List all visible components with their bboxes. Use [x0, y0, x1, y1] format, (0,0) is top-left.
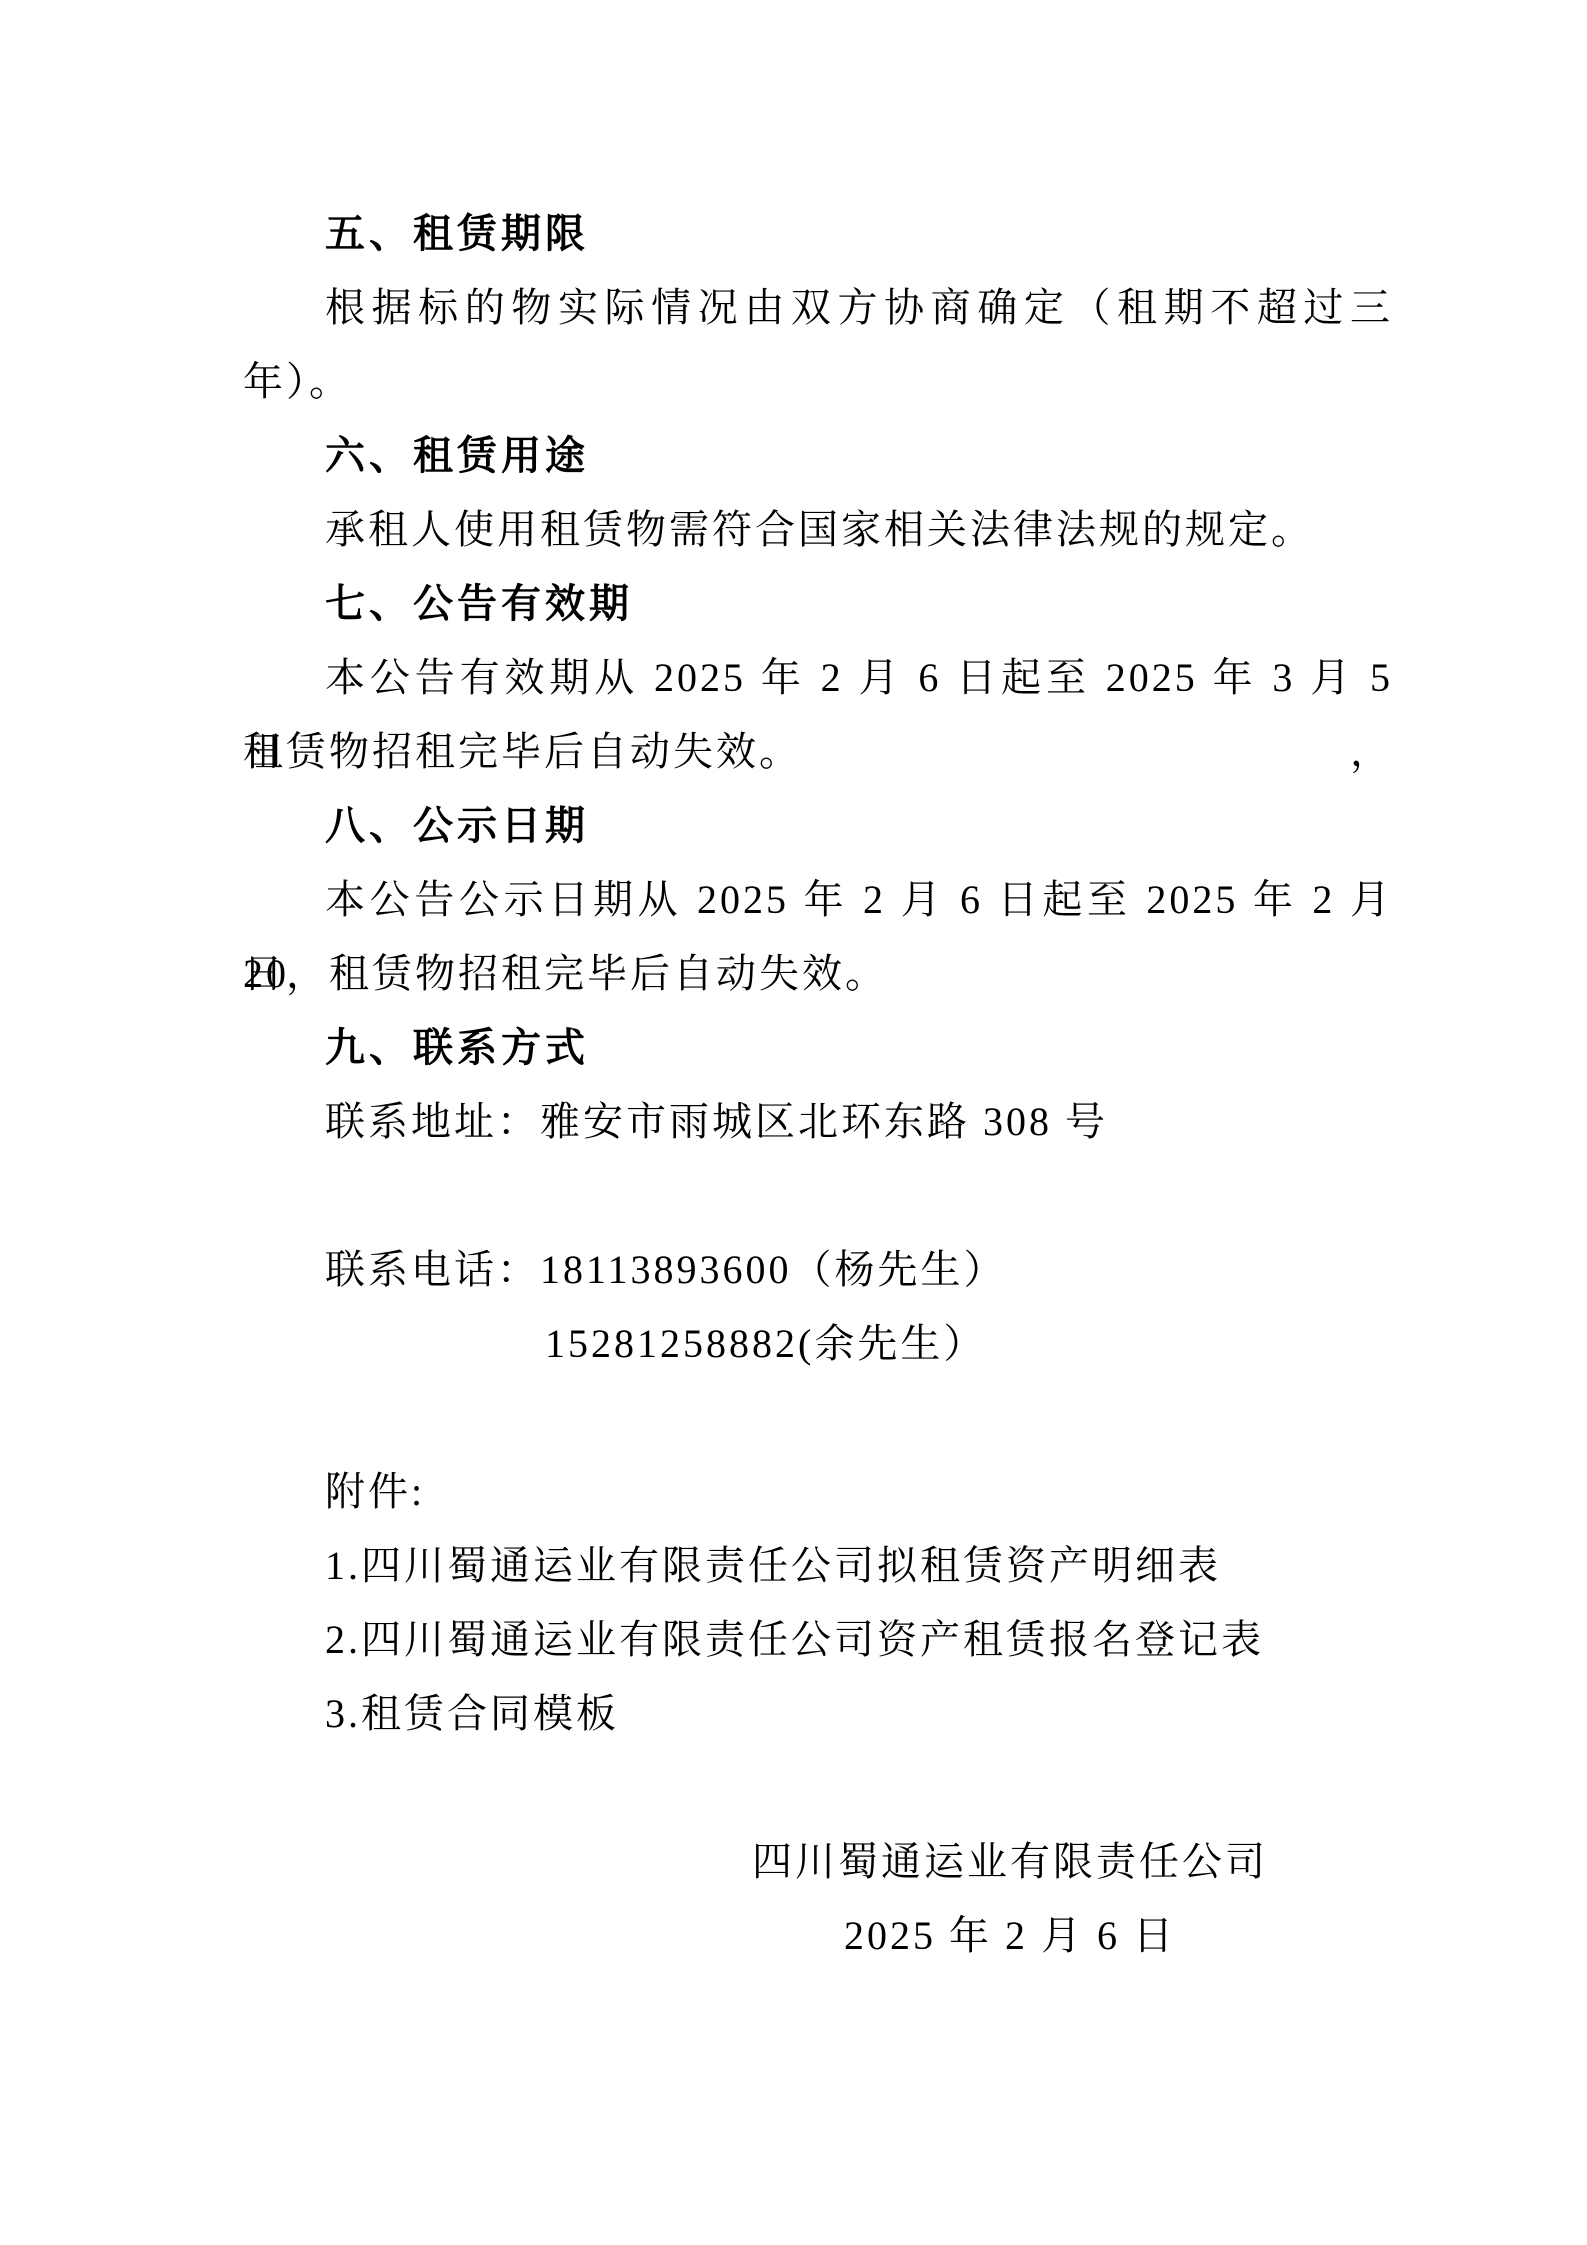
section-heading: 九、联系方式 [243, 1011, 1393, 1085]
paragraph-line: 根据标的物实际情况由双方协商确定（租期不超过三 [243, 271, 1393, 345]
section-heading: 六、租赁用途 [243, 419, 1393, 493]
paragraph-line: 联系地址：雅安市雨城区北环东路 308 号 [243, 1085, 1393, 1159]
paragraph-line: 本公告有效期从 2025 年 2 月 6 日起至 2025 年 3 月 5 日， [243, 641, 1393, 715]
blank-line [243, 1751, 1393, 1825]
paragraph-line: 年）。 [243, 345, 1393, 419]
paragraph-line: 3.租赁合同模板 [243, 1677, 1393, 1751]
signature-line: 2025 年 2 月 6 日 [243, 1899, 1393, 1973]
blank-line [243, 1159, 1393, 1233]
paragraph-line: 附件: [243, 1455, 1393, 1529]
paragraph-line: 日，租赁物招租完毕后自动失效。 [243, 937, 1393, 1011]
phone-line-2: 15281258882(余先生） [243, 1307, 1393, 1381]
section-heading: 八、公示日期 [243, 789, 1393, 863]
signature-line: 四川蜀通运业有限责任公司 [243, 1825, 1393, 1899]
paragraph-line: 2.四川蜀通运业有限责任公司资产租赁报名登记表 [243, 1603, 1393, 1677]
paragraph-line: 联系电话：18113893600（杨先生） [243, 1233, 1393, 1307]
document-page: 五、租赁期限根据标的物实际情况由双方协商确定（租期不超过三年）。六、租赁用途承租… [0, 0, 1587, 2245]
document-body: 五、租赁期限根据标的物实际情况由双方协商确定（租期不超过三年）。六、租赁用途承租… [243, 197, 1393, 1973]
paragraph-line: 本公告公示日期从 2025 年 2 月 6 日起至 2025 年 2 月 20 [243, 863, 1393, 937]
blank-line [243, 1381, 1393, 1455]
section-heading: 七、公告有效期 [243, 567, 1393, 641]
paragraph-line: 承租人使用租赁物需符合国家相关法律法规的规定。 [243, 493, 1393, 567]
section-heading: 五、租赁期限 [243, 197, 1393, 271]
paragraph-line: 1.四川蜀通运业有限责任公司拟租赁资产明细表 [243, 1529, 1393, 1603]
